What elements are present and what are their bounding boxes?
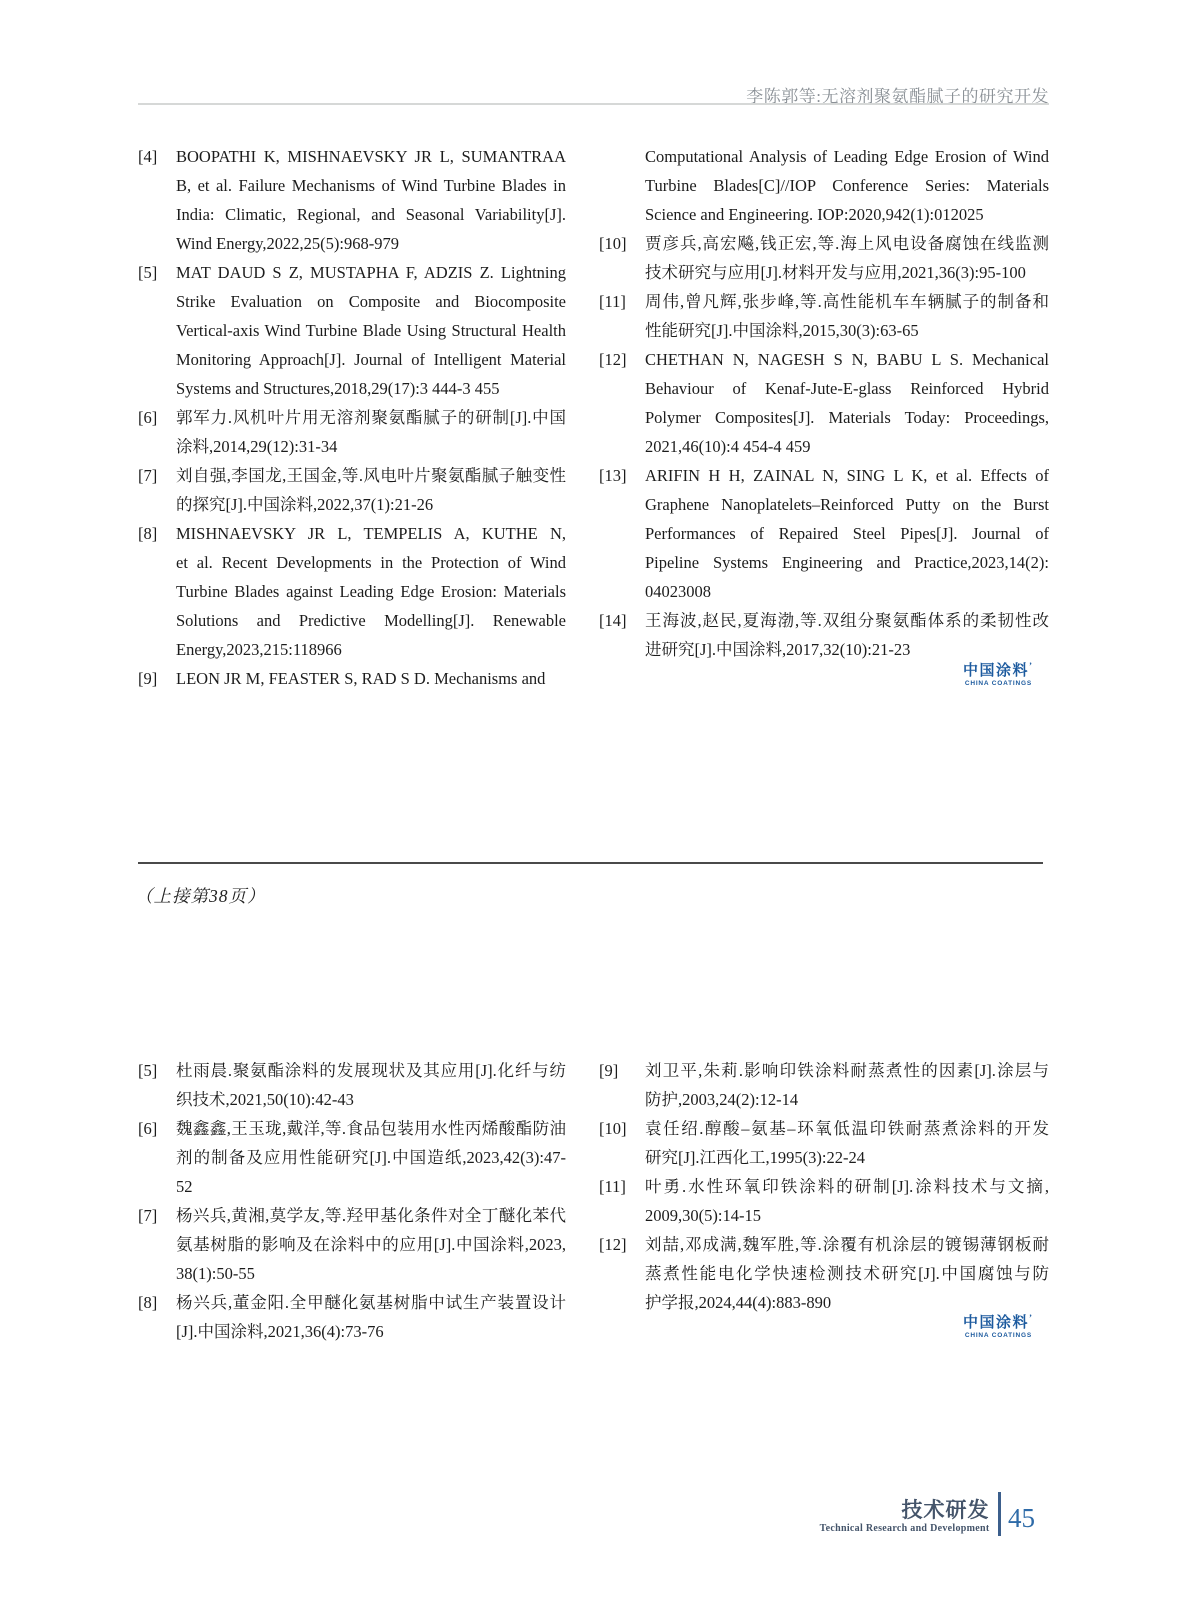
header-rule (138, 103, 1049, 105)
logo-trademark-mark: ’ (1029, 1313, 1032, 1323)
reference-item: [11]周伟,曾凡辉,张步峰,等.高性能机车车辆腻子的制备和性能研究[J].中国… (599, 287, 1049, 345)
reference-text: 杨兴兵,黄湘,莫学友,等.羟甲基化条件对全丁醚化苯代氨基树脂的影响及在涂料中的应… (176, 1201, 566, 1288)
reference-number (599, 142, 645, 229)
reference-text: LEON JR M, FEASTER S, RAD S D. Mechanism… (176, 664, 566, 693)
reference-line: 蒸煮性能电化学快速检测技术研究[J].中国腐蚀与防 (645, 1259, 1049, 1288)
reference-item: Computational Analysis of Leading Edge E… (599, 142, 1049, 229)
reference-line: 袁任绍.醇酸–氨基–环氧低温印铁耐蒸煮涂料的开发 (645, 1114, 1049, 1143)
reference-line: 52 (176, 1172, 566, 1201)
reference-line: Polymer Composites[J]. Materials Today: … (645, 403, 1049, 432)
footer-section-title-en: Technical Research and Development (820, 1522, 990, 1536)
reference-line: 的探究[J].中国涂料,2022,37(1):21-26 (176, 490, 566, 519)
china-coatings-logo: 中国涂料’ CHINA COATINGS (963, 658, 1032, 688)
reference-number: [12] (599, 1230, 645, 1317)
reference-line: 王海波,赵民,夏海渤,等.双组分聚氨酯体系的柔韧性改 (645, 606, 1049, 635)
reference-number: [8] (138, 1288, 176, 1346)
china-coatings-logo-en: CHINA COATINGS (963, 680, 1032, 688)
references-column-bottom-right: [9]刘卫平,朱莉.影响印铁涂料耐蒸煮性的因素[J].涂层与防护,2003,24… (599, 1056, 1049, 1346)
reference-line: 38(1):50-55 (176, 1259, 566, 1288)
reference-text: BOOPATHI K, MISHNAEVSKY JR L, SUMANTRAAB… (176, 142, 566, 258)
references-column-top-right: Computational Analysis of Leading Edge E… (599, 142, 1049, 693)
reference-line: Science and Engineering. IOP:2020,942(1)… (645, 200, 1049, 229)
reference-line: Graphene Nanoplatelets–Reinforced Putty … (645, 490, 1049, 519)
reference-line: Vertical-axis Wind Turbine Blade Using S… (176, 316, 566, 345)
reference-line: 杜雨晨.聚氨酯涂料的发展现状及其应用[J].化纤与纺 (176, 1056, 566, 1085)
reference-text: 周伟,曾凡辉,张步峰,等.高性能机车车辆腻子的制备和性能研究[J].中国涂料,2… (645, 287, 1049, 345)
reference-text: 魏鑫鑫,王玉珑,戴洋,等.食品包装用水性丙烯酸酯防油剂的制备及应用性能研究[J]… (176, 1114, 566, 1201)
reference-number: [10] (599, 229, 645, 287)
reference-text: Computational Analysis of Leading Edge E… (645, 142, 1049, 229)
reference-line: 周伟,曾凡辉,张步峰,等.高性能机车车辆腻子的制备和 (645, 287, 1049, 316)
reference-line: 技术研究与应用[J].材料开发与应用,2021,36(3):95-100 (645, 258, 1049, 287)
reference-line: Monitoring Approach[J]. Journal of Intel… (176, 345, 566, 374)
footer-divider-bar (998, 1492, 1002, 1536)
reference-line: 研究[J].江西化工,1995(3):22-24 (645, 1143, 1049, 1172)
reference-line: BOOPATHI K, MISHNAEVSKY JR L, SUMANTRAA (176, 142, 566, 171)
reference-line: et al. Recent Developments in the Protec… (176, 548, 566, 577)
reference-number: [14] (599, 606, 645, 664)
reference-number: [7] (138, 1201, 176, 1288)
reference-line: Energy,2023,215:118966 (176, 635, 566, 664)
reference-number: [7] (138, 461, 176, 519)
continuation-note: （上接第38页） (135, 883, 266, 908)
reference-line: 杨兴兵,黄湘,莫学友,等.羟甲基化条件对全丁醚化苯代 (176, 1201, 566, 1230)
reference-item: [12]CHETHAN N, NAGESH S N, BABU L S. Mec… (599, 345, 1049, 461)
logo-text-cn: 中国涂料 (963, 663, 1029, 679)
reference-line: 叶勇.水性环氧印铁涂料的研制[J].涂料技术与文摘, (645, 1172, 1049, 1201)
reference-text: 刘卫平,朱莉.影响印铁涂料耐蒸煮性的因素[J].涂层与防护,2003,24(2)… (645, 1056, 1049, 1114)
reference-line: 刘卫平,朱莉.影响印铁涂料耐蒸煮性的因素[J].涂层与 (645, 1056, 1049, 1085)
reference-line: 04023008 (645, 577, 1049, 606)
reference-line: [J].中国涂料,2021,36(4):73-76 (176, 1317, 566, 1346)
china-coatings-logo-en: CHINA COATINGS (963, 1332, 1032, 1340)
reference-line: India: Climatic, Regional, and Seasonal … (176, 200, 566, 229)
reference-line: 2009,30(5):14-15 (645, 1201, 1049, 1230)
reference-number: [6] (138, 403, 176, 461)
reference-item: [5]MAT DAUD S Z, MUSTAPHA F, ADZIS Z. Li… (138, 258, 566, 403)
reference-line: CHETHAN N, NAGESH S N, BABU L S. Mechani… (645, 345, 1049, 374)
reference-number: [11] (599, 1172, 645, 1230)
reference-line: 贾彦兵,高宏飚,钱正宏,等.海上风电设备腐蚀在线监测 (645, 229, 1049, 258)
reference-line: 刘喆,邓成满,魏军胜,等.涂覆有机涂层的镀锡薄钢板耐 (645, 1230, 1049, 1259)
references-column-top-left: [4]BOOPATHI K, MISHNAEVSKY JR L, SUMANTR… (138, 142, 566, 693)
reference-line: LEON JR M, FEASTER S, RAD S D. Mechanism… (176, 664, 566, 693)
reference-item: [6]魏鑫鑫,王玉珑,戴洋,等.食品包装用水性丙烯酸酯防油剂的制备及应用性能研究… (138, 1114, 566, 1201)
china-coatings-logo-cn: 中国涂料’ (963, 658, 1032, 680)
reference-text: CHETHAN N, NAGESH S N, BABU L S. Mechani… (645, 345, 1049, 461)
reference-number: [9] (138, 664, 176, 693)
reference-text: 杜雨晨.聚氨酯涂料的发展现状及其应用[J].化纤与纺织技术,2021,50(10… (176, 1056, 566, 1114)
reference-line: 郭军力.风机叶片用无溶剂聚氨酯腻子的研制[J].中国 (176, 403, 566, 432)
reference-text: 袁任绍.醇酸–氨基–环氧低温印铁耐蒸煮涂料的开发研究[J].江西化工,1995(… (645, 1114, 1049, 1172)
reference-item: [6]郭军力.风机叶片用无溶剂聚氨酯腻子的研制[J].中国涂料,2014,29(… (138, 403, 566, 461)
reference-text: 贾彦兵,高宏飚,钱正宏,等.海上风电设备腐蚀在线监测技术研究与应用[J].材料开… (645, 229, 1049, 287)
reference-text: MISHNAEVSKY JR L, TEMPELIS A, KUTHE N,et… (176, 519, 566, 664)
reference-line: Solutions and Predictive Modelling[J]. R… (176, 606, 566, 635)
reference-text: 杨兴兵,董金阳.全甲醚化氨基树脂中试生产装置设计[J].中国涂料,2021,36… (176, 1288, 566, 1346)
reference-number: [9] (599, 1056, 645, 1114)
reference-line: Wind Energy,2022,25(5):968-979 (176, 229, 566, 258)
reference-item: [8]杨兴兵,董金阳.全甲醚化氨基树脂中试生产装置设计[J].中国涂料,2021… (138, 1288, 566, 1346)
page-number: 45 (1008, 1505, 1035, 1536)
reference-line: ARIFIN H H, ZAINAL N, SING L K, et al. E… (645, 461, 1049, 490)
references-section-bottom: [5]杜雨晨.聚氨酯涂料的发展现状及其应用[J].化纤与纺织技术,2021,50… (138, 1056, 1049, 1346)
reference-line: Pipeline Systems Engineering and Practic… (645, 548, 1049, 577)
logo-text-cn: 中国涂料 (963, 1315, 1029, 1331)
reference-line: 杨兴兵,董金阳.全甲醚化氨基树脂中试生产装置设计 (176, 1288, 566, 1317)
reference-number: [10] (599, 1114, 645, 1172)
references-column-bottom-left: [5]杜雨晨.聚氨酯涂料的发展现状及其应用[J].化纤与纺织技术,2021,50… (138, 1056, 566, 1346)
reference-line: Performances of Repaired Steel Pipes[J].… (645, 519, 1049, 548)
reference-number: [13] (599, 461, 645, 606)
reference-item: [9]LEON JR M, FEASTER S, RAD S D. Mechan… (138, 664, 566, 693)
reference-item: [11]叶勇.水性环氧印铁涂料的研制[J].涂料技术与文摘,2009,30(5)… (599, 1172, 1049, 1230)
reference-line: 氨基树脂的影响及在涂料中的应用[J].中国涂料,2023, (176, 1230, 566, 1259)
reference-line: B, et al. Failure Mechanisms of Wind Tur… (176, 171, 566, 200)
reference-line: Systems and Structures,2018,29(17):3 444… (176, 374, 566, 403)
reference-number: [8] (138, 519, 176, 664)
reference-item: [9]刘卫平,朱莉.影响印铁涂料耐蒸煮性的因素[J].涂层与防护,2003,24… (599, 1056, 1049, 1114)
reference-line: Strike Evaluation on Composite and Bioco… (176, 287, 566, 316)
footer-section-title-cn: 技术研发 (820, 1498, 990, 1522)
reference-text: 王海波,赵民,夏海渤,等.双组分聚氨酯体系的柔韧性改进研究[J].中国涂料,20… (645, 606, 1049, 664)
china-coatings-logo: 中国涂料’ CHINA COATINGS (963, 1310, 1032, 1340)
reference-item: [5]杜雨晨.聚氨酯涂料的发展现状及其应用[J].化纤与纺织技术,2021,50… (138, 1056, 566, 1114)
reference-item: [10]袁任绍.醇酸–氨基–环氧低温印铁耐蒸煮涂料的开发研究[J].江西化工,1… (599, 1114, 1049, 1172)
china-coatings-logo-cn: 中国涂料’ (963, 1310, 1032, 1332)
reference-line: 涂料,2014,29(12):31-34 (176, 432, 566, 461)
journal-page: 李陈郭等:无溶剂聚氨酯腻子的研究开发 [4]BOOPATHI K, MISHNA… (0, 0, 1187, 1600)
reference-line: MAT DAUD S Z, MUSTAPHA F, ADZIS Z. Light… (176, 258, 566, 287)
reference-number: [12] (599, 345, 645, 461)
reference-number: [6] (138, 1114, 176, 1201)
page-footer: 技术研发 Technical Research and Development … (820, 1492, 1035, 1536)
reference-line: 2021,46(10):4 454-4 459 (645, 432, 1049, 461)
reference-line: MISHNAEVSKY JR L, TEMPELIS A, KUTHE N, (176, 519, 566, 548)
reference-text: 叶勇.水性环氧印铁涂料的研制[J].涂料技术与文摘,2009,30(5):14-… (645, 1172, 1049, 1230)
reference-item: [12]刘喆,邓成满,魏军胜,等.涂覆有机涂层的镀锡薄钢板耐蒸煮性能电化学快速检… (599, 1230, 1049, 1317)
reference-text: 刘自强,李国龙,王国金,等.风电叶片聚氨酯腻子触变性的探究[J].中国涂料,20… (176, 461, 566, 519)
reference-text: 郭军力.风机叶片用无溶剂聚氨酯腻子的研制[J].中国涂料,2014,29(12)… (176, 403, 566, 461)
reference-line: Computational Analysis of Leading Edge E… (645, 142, 1049, 171)
section-divider-rule (138, 862, 1043, 864)
reference-line: 刘自强,李国龙,王国金,等.风电叶片聚氨酯腻子触变性 (176, 461, 566, 490)
reference-item: [4]BOOPATHI K, MISHNAEVSKY JR L, SUMANTR… (138, 142, 566, 258)
reference-item: [10]贾彦兵,高宏飚,钱正宏,等.海上风电设备腐蚀在线监测技术研究与应用[J]… (599, 229, 1049, 287)
reference-text: 刘喆,邓成满,魏军胜,等.涂覆有机涂层的镀锡薄钢板耐蒸煮性能电化学快速检测技术研… (645, 1230, 1049, 1317)
reference-number: [4] (138, 142, 176, 258)
reference-text: ARIFIN H H, ZAINAL N, SING L K, et al. E… (645, 461, 1049, 606)
reference-line: 性能研究[J].中国涂料,2015,30(3):63-65 (645, 316, 1049, 345)
reference-line: 剂的制备及应用性能研究[J].中国造纸,2023,42(3):47- (176, 1143, 566, 1172)
reference-line: 织技术,2021,50(10):42-43 (176, 1085, 566, 1114)
reference-number: [11] (599, 287, 645, 345)
reference-line: 魏鑫鑫,王玉珑,戴洋,等.食品包装用水性丙烯酸酯防油 (176, 1114, 566, 1143)
reference-item: [7]刘自强,李国龙,王国金,等.风电叶片聚氨酯腻子触变性的探究[J].中国涂料… (138, 461, 566, 519)
reference-line: Behaviour of Kenaf-Jute-E-glass Reinforc… (645, 374, 1049, 403)
reference-item: [7]杨兴兵,黄湘,莫学友,等.羟甲基化条件对全丁醚化苯代氨基树脂的影响及在涂料… (138, 1201, 566, 1288)
reference-line: 防护,2003,24(2):12-14 (645, 1085, 1049, 1114)
reference-item: [13]ARIFIN H H, ZAINAL N, SING L K, et a… (599, 461, 1049, 606)
reference-line: Turbine Blades against Leading Edge Eros… (176, 577, 566, 606)
reference-number: [5] (138, 258, 176, 403)
reference-text: MAT DAUD S Z, MUSTAPHA F, ADZIS Z. Light… (176, 258, 566, 403)
reference-item: [8]MISHNAEVSKY JR L, TEMPELIS A, KUTHE N… (138, 519, 566, 664)
reference-line: Turbine Blades[C]//IOP Conference Series… (645, 171, 1049, 200)
references-section-top: [4]BOOPATHI K, MISHNAEVSKY JR L, SUMANTR… (138, 142, 1049, 693)
reference-number: [5] (138, 1056, 176, 1114)
reference-item: [14]王海波,赵民,夏海渤,等.双组分聚氨酯体系的柔韧性改进研究[J].中国涂… (599, 606, 1049, 664)
logo-trademark-mark: ’ (1029, 661, 1032, 671)
footer-section-labels: 技术研发 Technical Research and Development (820, 1498, 990, 1536)
